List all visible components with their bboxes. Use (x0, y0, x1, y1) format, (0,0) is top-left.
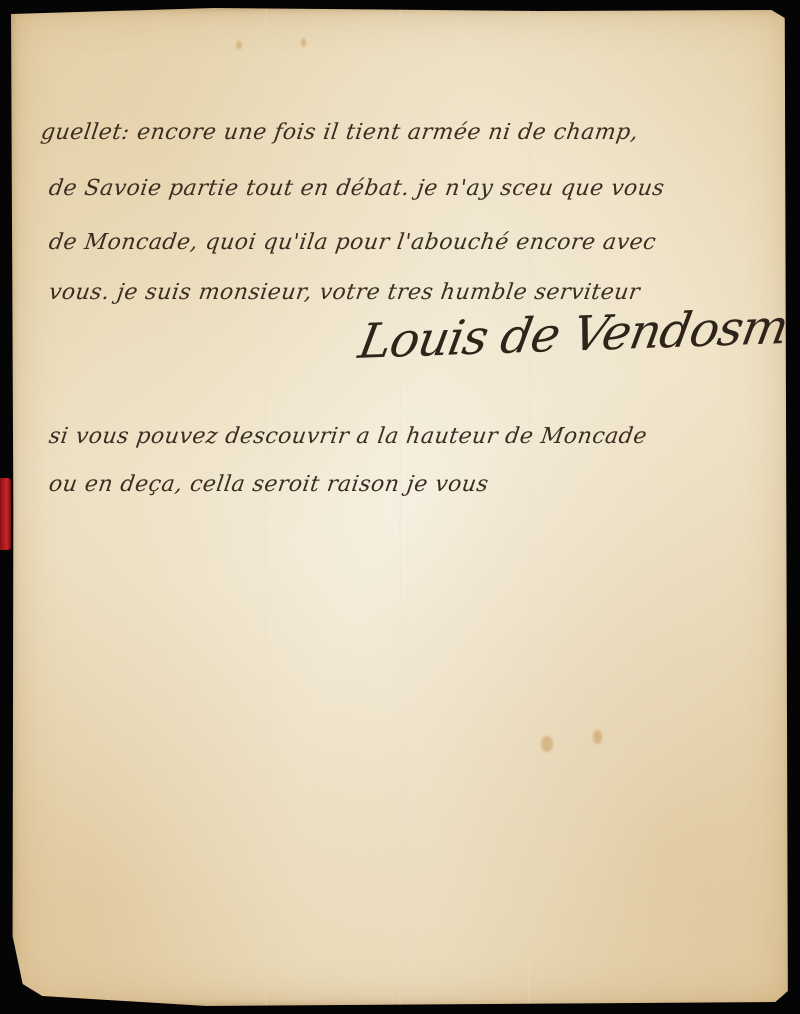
signature: Louis de Vendosme (354, 298, 800, 370)
postscript-line: si vous pouvez descouvrir a la hauteur d… (47, 424, 648, 449)
paper-fold-line (528, 8, 530, 1006)
foxing-stain (541, 736, 553, 752)
paper-fold-line (399, 8, 401, 1006)
scanned-letter: guellet: encore une fois il tient armée … (0, 0, 800, 1014)
aged-paper-sheet: guellet: encore une fois il tient armée … (11, 8, 791, 1006)
postscript-line: ou en deça, cella seroit raison je vous (47, 472, 490, 497)
letter-line: guellet: encore une fois il tient armée … (39, 120, 640, 145)
foxing-stain (301, 38, 306, 47)
letter-line: vous. je suis monsieur, votre tres humbl… (47, 280, 641, 305)
letter-line: de Moncade, quoi qu'ila pour l'abouché e… (47, 230, 657, 255)
paper-fold-line (265, 8, 267, 1006)
red-wax-seal-remnant (0, 478, 11, 550)
letter-line: de Savoie partie tout en débat. je n'ay … (47, 176, 666, 201)
foxing-stain (593, 730, 602, 744)
foxing-stain (236, 41, 242, 49)
